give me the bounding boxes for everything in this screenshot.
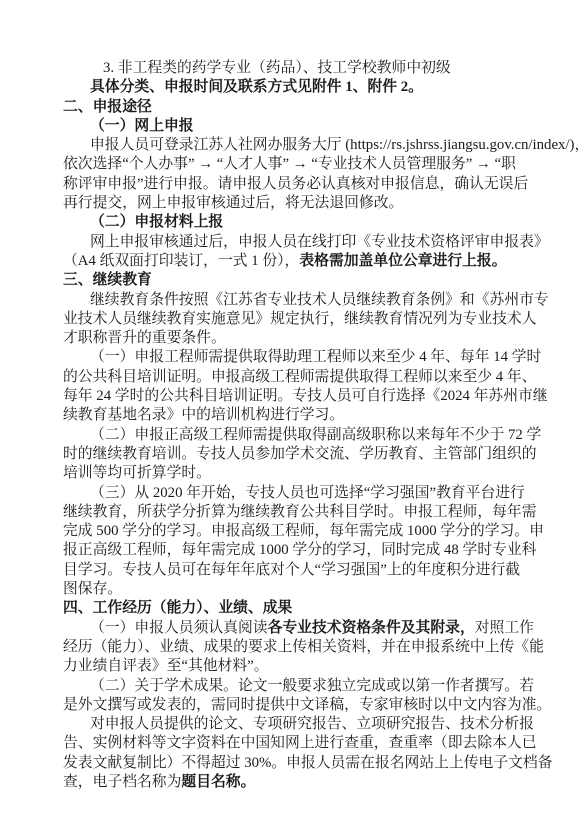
text-line: 报正高级工程师，每年需完成 1000 学分的学习，同时完成 48 学时专业科 [63, 541, 529, 560]
bold-text-segment: 具体分类、申报时间及联系方式见附件 1、附件 2。 [90, 79, 423, 95]
text-segment: 再行提交，网上申报审核通过后，将无法退回修改。 [63, 195, 403, 211]
text-segment: 继续教育条件按照《江苏省专业技术人员继续教育条例》和《苏州市专 [90, 292, 549, 308]
text-segment: 的公共科目培训证明。申报高级工程师需提供取得工程师以来至少 4 年、 [63, 369, 537, 385]
text-segment: 续教育基地名录》中的培训机构进行学习。 [63, 407, 344, 423]
text-segment: 继续教育，所获学分折算为继续教育公共科目学时。申报工程师，每年需 [63, 504, 537, 520]
text-line: 继续教育条件按照《江苏省专业技术人员继续教育条例》和《苏州市专 [63, 291, 529, 310]
text-segment: 称评审申报”进行申报。请申报人员务必认真核对申报信息，确认无误后 [63, 176, 528, 192]
text-line: 时的继续教育培训。专技人员参加学术交流、学历教育、主管部门组织的 [63, 445, 529, 464]
text-segment: 告、实例材料等文字资料在中国知网上进行查重，查重率（即去除本人已 [63, 735, 537, 751]
bold-text-segment: 各专业技术资格条件及其附录， [268, 620, 475, 636]
text-segment: 3. 非工程类的药学专业（药品）、技工学校教师中初级 [103, 60, 451, 76]
text-line: 二、申报途径 [63, 98, 529, 117]
text-segment: 每年 24 学时的公共科目培训证明。专技人员可自行选择《2024 年苏州市继 [63, 388, 548, 404]
text-line: 的公共科目培训证明。申报高级工程师需提供取得工程师以来至少 4 年、 [63, 368, 529, 387]
text-segment: （二）关于学术成果。论文一般要求独立完成或以第一作者撰写。若 [90, 678, 534, 694]
text-line: 称评审申报”进行申报。请申报人员务必认真核对申报信息，确认无误后 [63, 175, 529, 194]
text-segment: 发表文献复制比）不得超过 30%。申报人员需在报名网站上上传电子文档备 [63, 755, 553, 771]
text-segment: 培训等均可折算学时。 [63, 465, 211, 481]
text-line: 四、工作经历（能力）、业绩、成果 [63, 599, 529, 618]
text-segment: 时的继续教育培训。专技人员参加学术交流、学历教育、主管部门组织的 [63, 446, 537, 462]
text-segment: 才职称晋升的重要条件。 [63, 330, 226, 346]
text-segment: 申报人员可登录江苏人社网办服务大厅 (https://rs.jshrss.jia… [90, 137, 585, 153]
text-segment: （一）申报工程师需提供取得助理工程师以来至少 4 年、每年 14 学时 [90, 349, 541, 365]
text-segment: 经历（能力）、业绩、成果的要求上传相关资料，并在申报系统中上传《能 [63, 639, 544, 655]
text-segment: 力业绩自评表》至“其他材料”。 [63, 658, 269, 674]
text-segment: 对照工作 [475, 620, 534, 636]
text-line: 每年 24 学时的公共科目培训证明。专技人员可自行选择《2024 年苏州市继 [63, 387, 529, 406]
text-line: （A4 纸双面打印装订，一式 1 份），表格需加盖单位公章进行上报。 [63, 252, 529, 271]
document-page: 3. 非工程类的药学专业（药品）、技工学校教师中初级具体分类、申报时间及联系方式… [0, 0, 585, 829]
text-segment: 查，电子档名称为 [63, 774, 181, 790]
text-segment: 目学习。专技人员可在每年年底对个人“学习强国”上的年度积分进行截 [63, 562, 520, 578]
text-line: 续教育基地名录》中的培训机构进行学习。 [63, 406, 529, 425]
text-segment: 对申报人员提供的论文、专项研究报告、立项研究报告、技术分析报 [90, 716, 534, 732]
text-line: 经历（能力）、业绩、成果的要求上传相关资料，并在申报系统中上传《能 [63, 638, 529, 657]
text-segment: （二）申报正高级工程师需提供取得副高级职称以来每年不少于 72 学 [90, 427, 541, 443]
bold-text-segment: 表格需加盖单位公章进行上报。 [299, 253, 506, 269]
text-line: （一）申报工程师需提供取得助理工程师以来至少 4 年、每年 14 学时 [63, 348, 529, 367]
document-body: 3. 非工程类的药学专业（药品）、技工学校教师中初级具体分类、申报时间及联系方式… [63, 59, 529, 792]
bold-text-segment: 四、工作经历（能力）、业绩、成果 [63, 600, 292, 616]
text-line: 发表文献复制比）不得超过 30%。申报人员需在报名网站上上传电子文档备 [63, 754, 529, 773]
text-line: 查，电子档名称为题目名称。 [63, 773, 529, 792]
text-line: 依次选择“个人办事” → “人才人事” → “专业技术人员管理服务” → “职 [63, 155, 529, 174]
text-line: 继续教育，所获学分折算为继续教育公共科目学时。申报工程师，每年需 [63, 503, 529, 522]
text-segment: 报正高级工程师，每年需完成 1000 学分的学习，同时完成 48 学时专业科 [63, 542, 537, 558]
text-line: 才职称晋升的重要条件。 [63, 329, 529, 348]
text-line: 3. 非工程类的药学专业（药品）、技工学校教师中初级 [63, 59, 529, 78]
text-segment: 完成 500 学分的学习。申报高级工程师，每年需完成 1000 学分的学习。申 [63, 523, 544, 539]
text-segment: 业技术人员继续教育实施意见》规定执行，继续教育情况列为专业技术人 [63, 311, 537, 327]
bold-text-segment: （一）网上申报 [90, 118, 194, 134]
text-segment: （A4 纸双面打印装订，一式 1 份）， [63, 253, 299, 269]
text-line: （二）申报正高级工程师需提供取得副高级职称以来每年不少于 72 学 [63, 426, 529, 445]
text-line: 力业绩自评表》至“其他材料”。 [63, 657, 529, 676]
text-line: 对申报人员提供的论文、专项研究报告、立项研究报告、技术分析报 [63, 715, 529, 734]
text-line: 告、实例材料等文字资料在中国知网上进行查重，查重率（即去除本人已 [63, 734, 529, 753]
text-segment: （一）申报人员须认真阅读 [90, 620, 268, 636]
text-line: （一）申报人员须认真阅读各专业技术资格条件及其附录，对照工作 [63, 619, 529, 638]
text-segment: 网上申报审核通过后，申报人员在线打印《专业技术资格评审申报表》 [90, 234, 549, 250]
text-segment: 依次选择“个人办事” → “人才人事” → “专业技术人员管理服务” → “职 [63, 156, 516, 172]
text-line: 申报人员可登录江苏人社网办服务大厅 (https://rs.jshrss.jia… [63, 136, 529, 155]
text-segment: （三）从 2020 年开始，专技人员也可选择“学习强国”教育平台进行 [90, 485, 525, 501]
text-line: 网上申报审核通过后，申报人员在线打印《专业技术资格评审申报表》 [63, 233, 529, 252]
text-line: 图保存。 [63, 580, 529, 599]
text-line: 目学习。专技人员可在每年年底对个人“学习强国”上的年度积分进行截 [63, 561, 529, 580]
text-segment: 是外文撰写或发表的，需同时提供中文译稿，专家审核时以中文内容为准。 [63, 697, 551, 713]
text-segment: 图保存。 [63, 581, 122, 597]
text-line: 完成 500 学分的学习。申报高级工程师，每年需完成 1000 学分的学习。申 [63, 522, 529, 541]
text-line: （二）申报材料上报 [63, 213, 529, 232]
text-line: （三）从 2020 年开始，专技人员也可选择“学习强国”教育平台进行 [63, 484, 529, 503]
bold-text-segment: 题目名称。 [181, 774, 255, 790]
bold-text-segment: 二、申报途径 [63, 99, 152, 115]
bold-text-segment: （二）申报材料上报 [90, 214, 223, 230]
text-line: 是外文撰写或发表的，需同时提供中文译稿，专家审核时以中文内容为准。 [63, 696, 529, 715]
bold-text-segment: 三、继续教育 [63, 272, 152, 288]
text-line: 业技术人员继续教育实施意见》规定执行，继续教育情况列为专业技术人 [63, 310, 529, 329]
text-line: 再行提交，网上申报审核通过后，将无法退回修改。 [63, 194, 529, 213]
text-line: （二）关于学术成果。论文一般要求独立完成或以第一作者撰写。若 [63, 677, 529, 696]
text-line: 培训等均可折算学时。 [63, 464, 529, 483]
text-line: 具体分类、申报时间及联系方式见附件 1、附件 2。 [63, 78, 529, 97]
text-line: （一）网上申报 [63, 117, 529, 136]
text-line: 三、继续教育 [63, 271, 529, 290]
